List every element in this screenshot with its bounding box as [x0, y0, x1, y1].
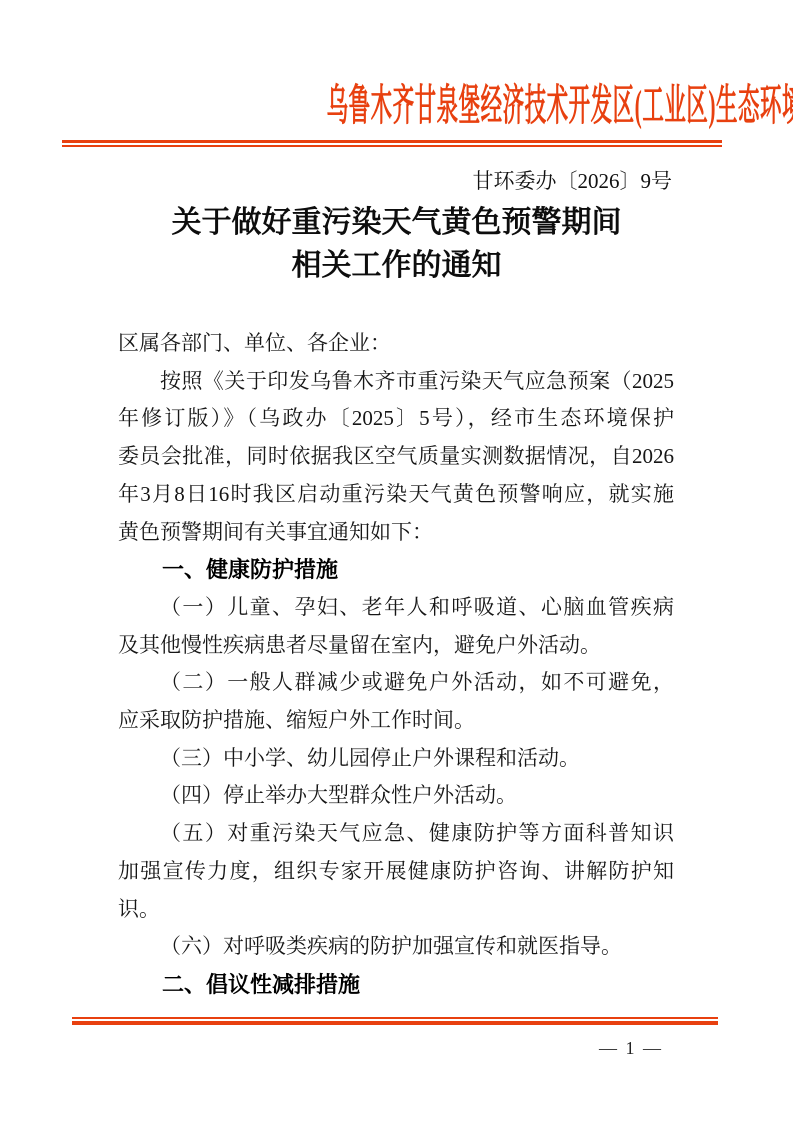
- body-line: 及其他慢性疾病患者尽量留在室内，避免户外活动。: [118, 627, 674, 665]
- page-number: — 1 —: [599, 1036, 663, 1060]
- body-line: 区属各部门、单位、各企业：: [118, 325, 674, 363]
- body-line: 加强宣传力度，组织专家开展健康防护咨询、讲解防护知: [118, 853, 674, 891]
- document-title: 关于做好重污染天气黄色预警期间 相关工作的通知: [0, 201, 793, 287]
- document-page: 乌鲁木齐甘泉堡经济技术开发区(工业区)生态环境保护委员会办公室 甘环委办〔202…: [0, 0, 793, 1122]
- letterhead: 乌鲁木齐甘泉堡经济技术开发区(工业区)生态环境保护委员会办公室: [0, 83, 793, 131]
- body-line: （六）对呼吸类疾病的防护加强宣传和就医指导。: [118, 928, 674, 966]
- section-heading: 一、健康防护措施: [118, 551, 674, 589]
- body-line: 按照《关于印发乌鲁木齐市重污染天气应急预案（2025: [118, 363, 674, 401]
- document-title-line1: 关于做好重污染天气黄色预警期间: [0, 201, 793, 244]
- body-line: （五）对重污染天气应急、健康防护等方面科普知识: [118, 815, 674, 853]
- document-title-line2: 相关工作的通知: [0, 244, 793, 287]
- body-line: 识。: [118, 891, 674, 929]
- body-line: 黄色预警期间有关事宜通知如下：: [118, 514, 674, 552]
- body-line: 年3月8日16时我区启动重污染天气黄色预警响应，就实施: [118, 476, 674, 514]
- body-line: 委员会批准，同时依据我区空气质量实测数据情况，自2026: [118, 438, 674, 476]
- body-line: （一）儿童、孕妇、老年人和呼吸道、心脑血管疾病: [118, 589, 674, 627]
- body-line: 应采取防护措施、缩短户外工作时间。: [118, 702, 674, 740]
- document-number: 甘环委办〔2026〕9号: [473, 167, 673, 195]
- body-line: （二）一般人群减少或避免户外活动，如不可避免，: [118, 664, 674, 702]
- letterhead-double-rule: [62, 140, 722, 147]
- document-body: 区属各部门、单位、各企业：按照《关于印发乌鲁木齐市重污染天气应急预案（2025年…: [118, 325, 674, 1004]
- body-line: （四）停止举办大型群众性户外活动。: [118, 777, 674, 815]
- section-heading: 二、倡议性减排措施: [118, 966, 674, 1004]
- body-line: 年修订版）》（乌政办〔2025〕5号），经市生态环境保护: [118, 400, 674, 438]
- letterhead-org-name: 乌鲁木齐甘泉堡经济技术开发区(工业区)生态环境保护委员会办公室: [327, 83, 793, 131]
- footer-double-rule: [72, 1017, 718, 1025]
- body-line: （三）中小学、幼儿园停止户外课程和活动。: [118, 740, 674, 778]
